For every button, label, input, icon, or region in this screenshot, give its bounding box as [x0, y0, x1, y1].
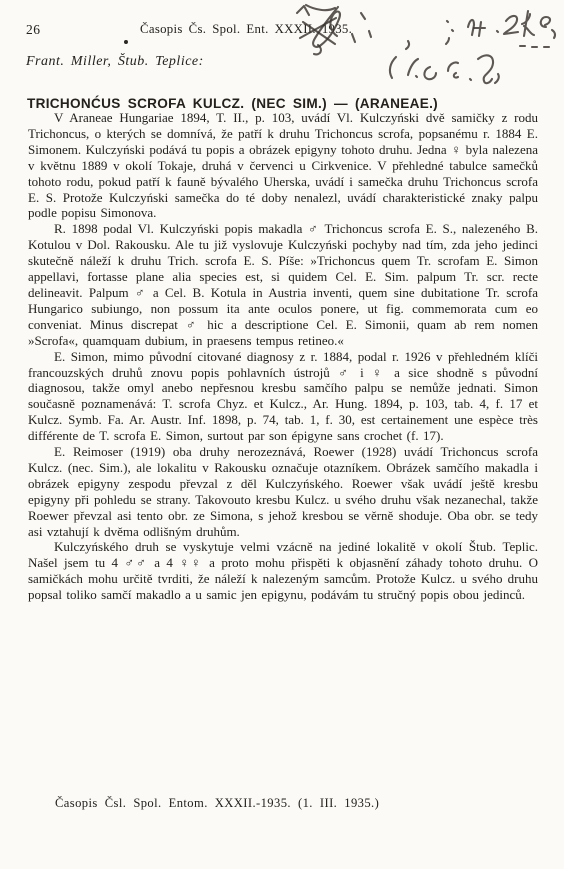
- paragraph-4: E. Reimoser (1919) oba druhy nerozeznává…: [28, 444, 538, 539]
- scanned-journal-page: 26 Časopis Čs. Spol. Ent. XXXII. 1935. F…: [0, 0, 564, 869]
- paragraph-2: R. 1898 podal Vl. Kulczyński popis makad…: [28, 221, 538, 348]
- page-number: 26: [26, 22, 41, 38]
- author-line: Frant. Miller, Štub. Teplice:: [26, 54, 204, 70]
- paragraph-5: Kulczyńského druh se vyskytuje velmi vzá…: [28, 539, 538, 603]
- paragraph-1: V Araneae Hungariae 1894, T. II., p. 103…: [28, 110, 538, 221]
- ink-speck-dot: [124, 40, 128, 44]
- running-head: Časopis Čs. Spol. Ent. XXXII. 1935.: [140, 22, 352, 37]
- article-body: V Araneae Hungariae 1894, T. II., p. 103…: [28, 110, 538, 603]
- footer-citation: Časopis Čsl. Spol. Entom. XXXII.-1935. (…: [55, 796, 379, 811]
- paragraph-3: E. Simon, mimo původní citované diagnosy…: [28, 349, 538, 444]
- article-title: TRICHONĆUS SCROFA KULCZ. (NEC SIM.) — (A…: [27, 96, 438, 111]
